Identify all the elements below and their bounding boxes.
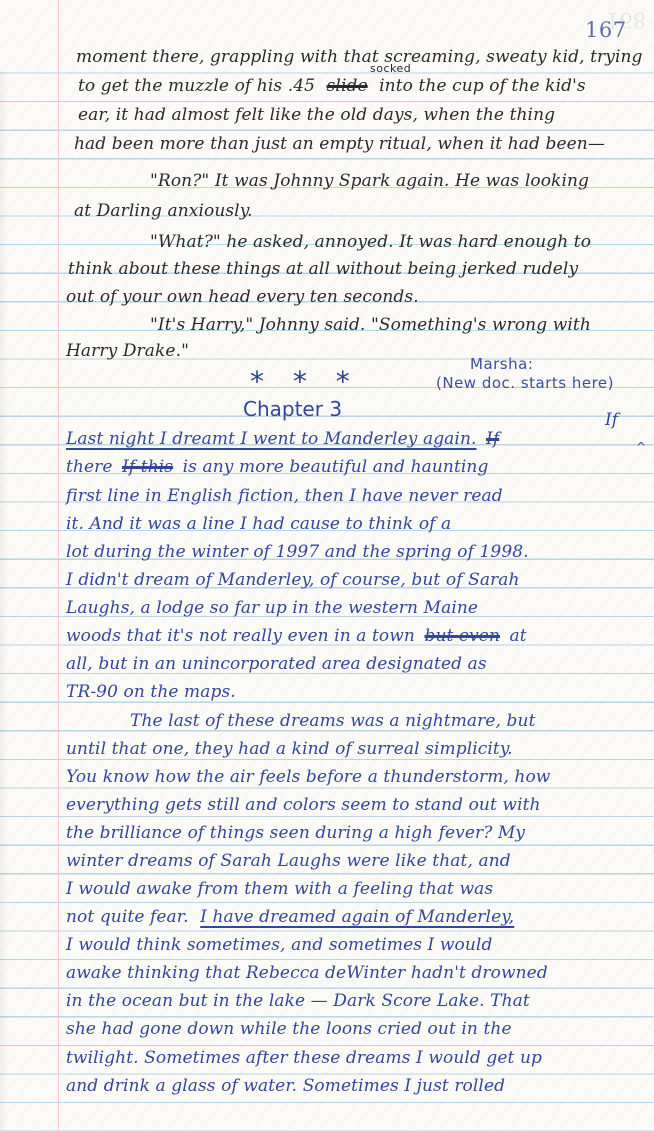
chapter-line-14: everything gets still and colors seem to… bbox=[66, 794, 541, 816]
struck-word: but even bbox=[424, 626, 500, 646]
line-text: there bbox=[66, 457, 113, 477]
line-text: not quite fear. bbox=[66, 907, 189, 927]
chapter-line-19: I would think sometimes, and sometimes I… bbox=[66, 934, 492, 956]
notebook-page: 168 167 moment there, grappling with tha… bbox=[0, 0, 654, 1131]
manuscript-line-6: at Darling anxiously. bbox=[74, 200, 253, 222]
chapter-line-9: all, but in an unincorporated area desig… bbox=[66, 653, 487, 675]
chapter-line-2: there If this is any more beautiful and … bbox=[66, 456, 488, 478]
chapter-line-13: You know how the air feels before a thun… bbox=[66, 766, 550, 788]
manuscript-line-7: "What?" he asked, annoyed. It was hard e… bbox=[150, 231, 591, 253]
manuscript-line-9: out of your own head every ten seconds. bbox=[66, 286, 419, 308]
chapter-line-15: the brilliance of things seen during a h… bbox=[66, 822, 525, 844]
underlined-quote: I have dreamed again of Manderley, bbox=[200, 907, 514, 927]
struck-word: If this bbox=[122, 457, 173, 477]
manuscript-line-3: ear, it had almost felt like the old day… bbox=[78, 104, 555, 126]
manuscript-line-2: to get the muzzle of his .45 slide into … bbox=[78, 75, 586, 97]
inserted-word-if: If bbox=[605, 410, 618, 430]
chapter-line-5: lot during the winter of 1997 and the sp… bbox=[66, 541, 529, 563]
chapter-line-6: I didn't dream of Manderley, of course, … bbox=[66, 569, 520, 591]
manuscript-line-10: "It's Harry," Johnny said. "Something's … bbox=[150, 314, 591, 336]
chapter-line-10: TR-90 on the maps. bbox=[66, 681, 236, 703]
page-number-stamp: 167 bbox=[585, 18, 627, 42]
section-break-asterisks: * * * bbox=[250, 365, 360, 398]
chapter-line-1: Last night I dreamt I went to Manderley … bbox=[66, 428, 499, 450]
struck-word: If bbox=[486, 429, 499, 449]
line-text: is any more beautiful and haunting bbox=[183, 457, 489, 477]
chapter-line-3: first line in English fiction, then I ha… bbox=[66, 485, 503, 507]
editor-note-addressee: Marsha: bbox=[470, 355, 533, 373]
chapter-line-12: until that one, they had a kind of surre… bbox=[66, 738, 513, 760]
inserted-correction: socked bbox=[370, 62, 411, 75]
chapter-line-8: woods that it's not really even in a tow… bbox=[66, 625, 527, 647]
chapter-line-21: in the ocean but in the lake — Dark Scor… bbox=[66, 990, 530, 1012]
manuscript-line-11: Harry Drake." bbox=[66, 340, 189, 362]
line-text: at bbox=[510, 626, 527, 646]
manuscript-line-8: think about these things at all without … bbox=[68, 258, 578, 280]
manuscript-line-1: moment there, grappling with that scream… bbox=[76, 46, 643, 68]
chapter-line-4: it. And it was a line I had cause to thi… bbox=[66, 513, 451, 535]
manuscript-line-5: "Ron?" It was Johnny Spark again. He was… bbox=[150, 170, 589, 192]
chapter-line-18: not quite fear. I have dreamed again of … bbox=[66, 906, 514, 928]
line-text: into the cup of the kid's bbox=[379, 76, 586, 96]
underlined-opening-line: Last night I dreamt I went to Manderley … bbox=[66, 429, 477, 449]
line-text: woods that it's not really even in a tow… bbox=[66, 626, 415, 646]
struck-word: slide bbox=[327, 76, 368, 96]
line-text: to get the muzzle of his .45 bbox=[78, 76, 315, 96]
editor-note-instruction: (New doc. starts here) bbox=[436, 374, 614, 392]
insertion-caret: ^ bbox=[636, 440, 646, 454]
chapter-line-23: twilight. Sometimes after these dreams I… bbox=[66, 1047, 542, 1069]
chapter-line-7: Laughs, a lodge so far up in the western… bbox=[66, 597, 478, 619]
margin-rule bbox=[58, 0, 59, 1131]
chapter-line-24: and drink a glass of water. Sometimes I … bbox=[66, 1075, 505, 1097]
chapter-line-22: she had gone down while the loons cried … bbox=[66, 1018, 512, 1040]
chapter-line-11: The last of these dreams was a nightmare… bbox=[130, 710, 536, 732]
chapter-heading: Chapter 3 bbox=[243, 397, 342, 421]
chapter-line-17: I would awake from them with a feeling t… bbox=[66, 878, 493, 900]
chapter-line-16: winter dreams of Sarah Laughs were like … bbox=[66, 850, 511, 872]
chapter-line-20: awake thinking that Rebecca deWinter had… bbox=[66, 962, 548, 984]
manuscript-line-4: had been more than just an empty ritual,… bbox=[74, 133, 605, 155]
